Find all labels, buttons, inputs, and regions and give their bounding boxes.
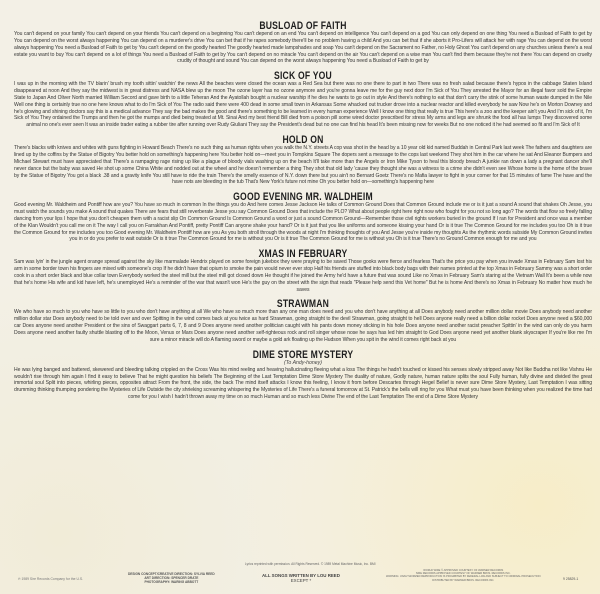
song-lyrics: Sam was lyin' in the jungle agent orange… <box>14 259 592 293</box>
songwriter-credit: ALL SONGS WRITTEN BY LOU REED EXCEPT * <box>262 573 340 583</box>
song-lyrics: He was lying banged and battered, skewer… <box>14 367 592 401</box>
song-lyrics: You can't depend on your family You can'… <box>14 31 592 65</box>
song-sick-of-you: SICK OF YOU I was up in the morning with… <box>14 70 592 129</box>
song-lyrics: I was up in the morning with the TV blar… <box>14 81 592 129</box>
footer: Lyrics reprinted with permission. All Ri… <box>0 562 600 594</box>
song-busload-of-faith: BUSLOAD OF FAITH You can't depend on you… <box>14 20 592 65</box>
publishing-line: DISTRIBUTED BY WARNER BROS. RECORDS INC. <box>386 579 541 582</box>
song-good-evening-mr-waldheim: GOOD EVENING MR. WALDHEIM Good evening M… <box>14 191 592 243</box>
song-title: SICK OF YOU <box>14 69 592 82</box>
except-note: EXCEPT * <box>262 578 340 583</box>
copyright-notice: ℗ 1989 Sire Records Company for the U.S. <box>18 577 83 581</box>
design-credits: DESIGN CONCEPT/CREATIVE DIRECTION: SYLVI… <box>128 572 215 584</box>
song-title: STRAWMAN <box>14 297 592 310</box>
song-lyrics: There's blacks with knives and whites wi… <box>14 145 592 186</box>
credit-line: PHOTOGRAPHY: WARING ABBOTT <box>128 580 215 584</box>
publishing-notice: WORLD WIDE © APPROVED COURTESY OF WARNER… <box>386 569 541 582</box>
lyric-sheet: BUSLOAD OF FAITH You can't depend on you… <box>14 20 592 406</box>
song-title: GOOD EVENING MR. WALDHEIM <box>14 190 592 203</box>
song-lyrics: Good evening Mr. Waldheim and Pontiff ho… <box>14 202 592 243</box>
song-dime-store-mystery: DIME STORE MYSTERY (To Andy-honey) He wa… <box>14 349 592 401</box>
song-title: BUSLOAD OF FAITH <box>14 19 592 32</box>
song-strawman: STRAWMAN We who have so much to you who … <box>14 298 592 343</box>
song-title: HOLD ON <box>14 133 592 146</box>
catalog-number: 9 25829-1 <box>563 577 578 581</box>
song-xmas-in-february: XMAS IN FEBRUARY Sam was lyin' in the ju… <box>14 248 592 293</box>
song-lyrics: We who have so much to you who have so l… <box>14 309 592 343</box>
permission-notice: Lyrics reprinted with permission. All Ri… <box>245 562 376 566</box>
song-dedication: (To Andy-honey) <box>14 360 592 366</box>
song-title: XMAS IN FEBRUARY <box>14 247 592 260</box>
song-title: DIME STORE MYSTERY <box>14 347 592 360</box>
song-hold-on: HOLD ON There's blacks with knives and w… <box>14 134 592 186</box>
